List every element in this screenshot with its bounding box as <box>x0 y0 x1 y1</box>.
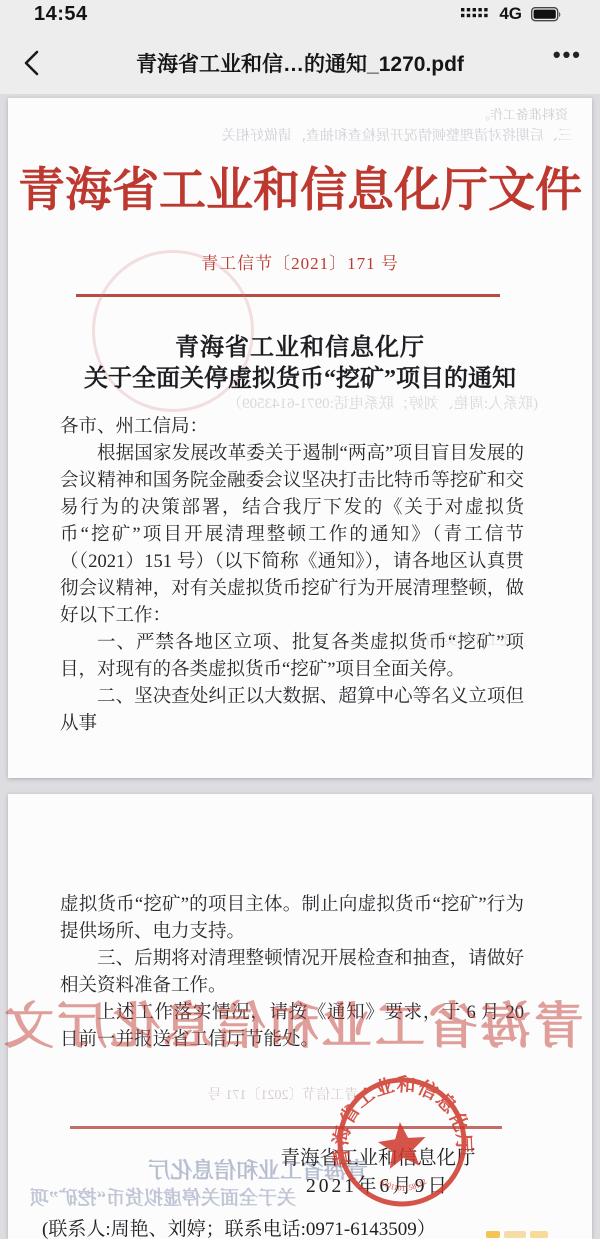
paragraph-continued: 虚拟货币“挖矿”的项目主体。制止向虚拟货币“挖矿”行为提供场所、电力支持。 <box>60 892 524 946</box>
paragraph-1: 根据国家发展改革委关于遏制“两高”项目盲目发展的会议精神和国务院金融委会议坚决打… <box>60 441 524 630</box>
salutation: 各市、州工信局： <box>60 414 524 441</box>
svg-text:6301101158112: 6301101158112 <box>377 1173 428 1196</box>
clock: 14:54 <box>34 3 88 26</box>
bleedthrough-text: (联系人:周艳、刘婷；联系电话:0971-6143509） <box>158 392 538 413</box>
document-title: 青海省工业和信…的通知_1270.pdf <box>60 48 540 78</box>
status-bar: 14:54 4G <box>0 0 600 30</box>
pdf-viewer[interactable]: 资料准备工作。 三、后期将对清理整顿情况开展检查和抽查，请做好相关 青海省工业和… <box>0 94 600 1239</box>
red-bleedthrough-watermark: 青海省工业和信息化厅文件 <box>16 986 584 1058</box>
signal-icon <box>461 8 488 27</box>
bleedthrough-text: 三、后期将对清理整顿情况开展检查和抽查，请做好相关 <box>126 125 572 145</box>
battery-icon <box>531 7 562 27</box>
yellow-watermark-fragment <box>486 1231 576 1239</box>
network-type: 4G <box>499 4 522 24</box>
item-2: 二、坚决查处纠正以大数据、超算中心等名义立项但从事 <box>60 684 524 738</box>
bleedthrough-text: 资料准备工作。 <box>477 104 568 123</box>
red-letterhead-banner: 青海省工业和信息化厅文件 <box>8 153 592 220</box>
nav-bar: 青海省工业和信…的通知_1270.pdf ••• <box>0 30 600 94</box>
back-icon[interactable] <box>18 48 48 78</box>
seal-code: 6301101158112 <box>377 1173 428 1196</box>
official-seal: 青海省工业和信息化厅 6301101158112 <box>318 1058 485 1225</box>
pdf-page-2: 虚拟货币“挖矿”的项目主体。制止向虚拟货币“挖矿”行为提供场所、电力支持。 三、… <box>8 794 592 1239</box>
pdf-page-1: 资料准备工作。 三、后期将对清理整顿情况开展检查和抽查，请做好相关 青海省工业和… <box>8 98 592 778</box>
notice-body: 各市、州工信局： 根据国家发展改革委关于遏制“两高”项目盲目发展的会议精神和国务… <box>60 414 524 738</box>
notice-title-line2: 关于全面关停虚拟货币“挖矿”项目的通知 <box>8 358 592 393</box>
notice-title-line1: 青海省工业和信息化厅 <box>8 327 592 362</box>
more-menu-icon[interactable]: ••• <box>553 42 582 68</box>
document-number: 青工信节〔2021〕171 号 <box>8 249 592 274</box>
bleedthrough-text: 上述工作落实情况 <box>388 630 528 650</box>
